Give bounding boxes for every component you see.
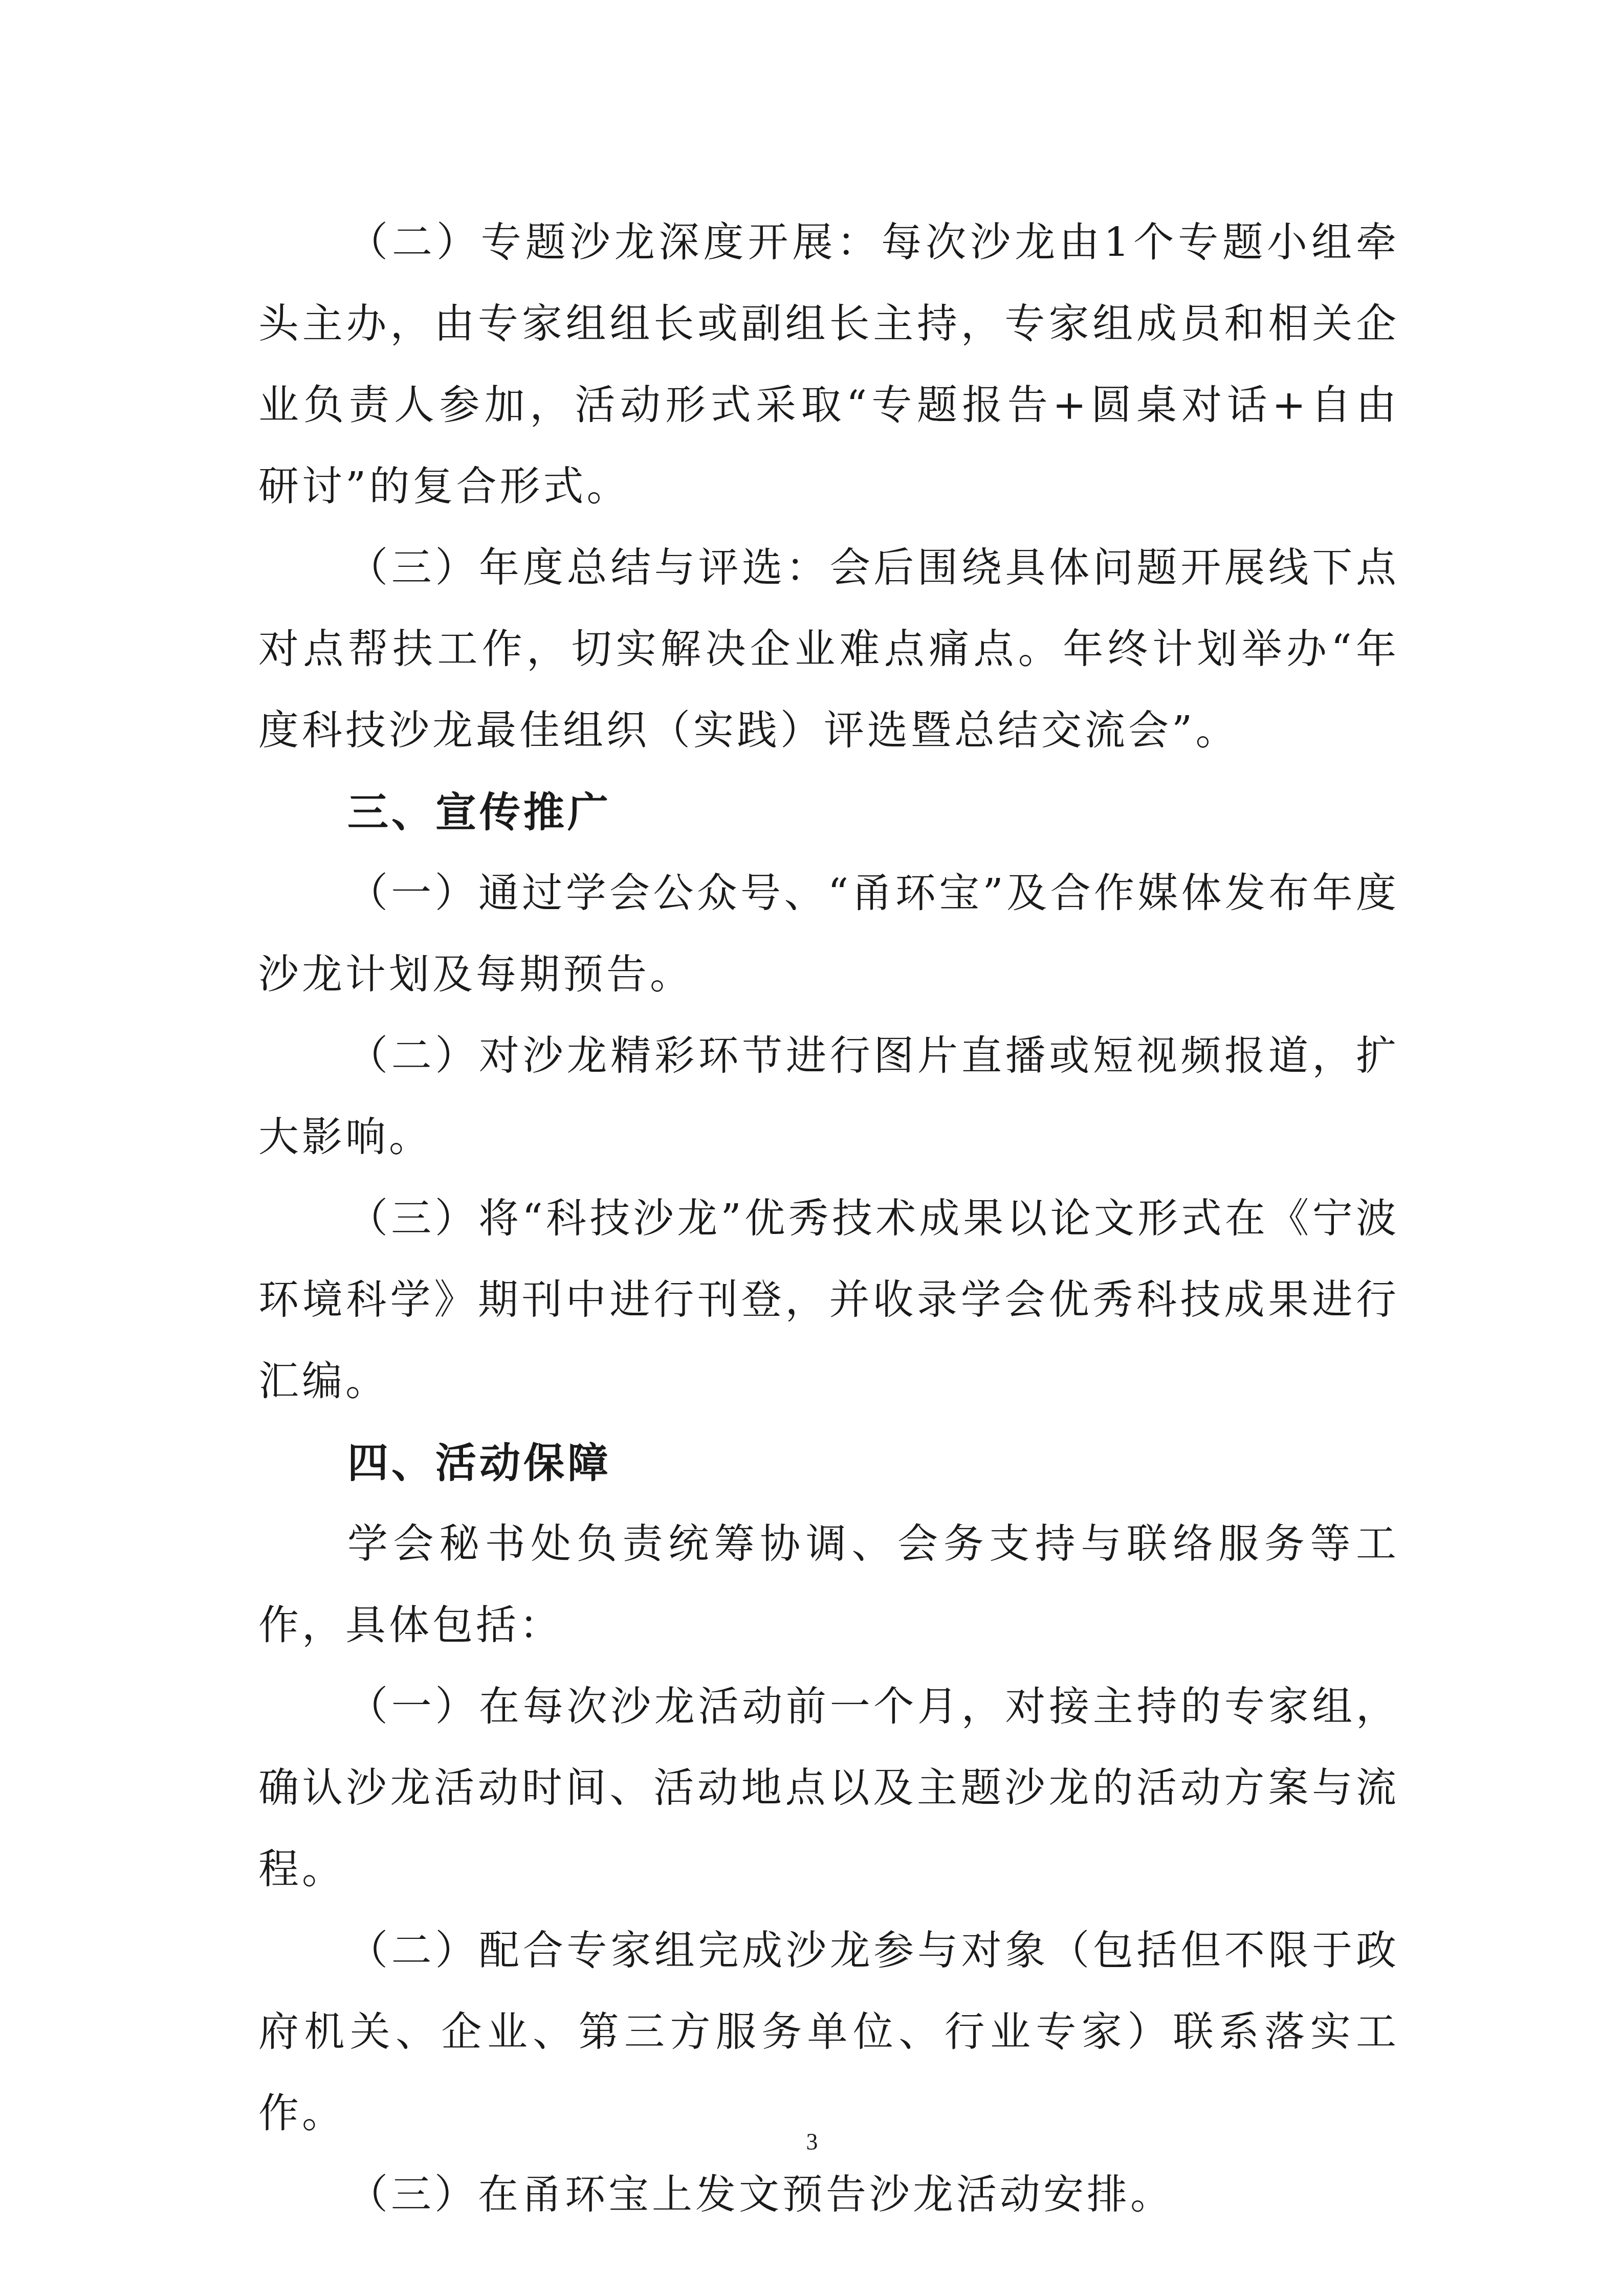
section-heading-promotion: 三、宣传推广 — [258, 771, 1399, 853]
paragraph-support-intro: 学会秘书处负责统筹协调、会务支持与联络服务等工作，具体包括： — [258, 1504, 1399, 1666]
paragraph-promotion-2: （二）对沙龙精彩环节进行图片直播或短视频报道，扩大影响。 — [258, 1015, 1399, 1178]
paragraph-salon-deep-development: （二）专题沙龙深度开展：每次沙龙由1个专题小组牵头主办，由专家组组长或副组长主持… — [258, 202, 1399, 527]
page-number: 3 — [0, 2128, 1624, 2155]
paragraph-support-2: （二）配合专家组完成沙龙参与对象（包括但不限于政府机关、企业、第三方服务单位、行… — [258, 1910, 1399, 2154]
paragraph-support-1: （一）在每次沙龙活动前一个月，对接主持的专家组，确认沙龙活动时间、活动地点以及主… — [258, 1666, 1399, 1910]
paragraph-support-3: （三）在甬环宝上发文预告沙龙活动安排。 — [258, 2154, 1399, 2236]
document-page: （二）专题沙龙深度开展：每次沙龙由1个专题小组牵头主办，由专家组组长或副组长主持… — [0, 0, 1624, 2296]
document-body: （二）专题沙龙深度开展：每次沙龙由1个专题小组牵头主办，由专家组组长或副组长主持… — [258, 202, 1399, 2236]
paragraph-annual-summary: （三）年度总结与评选：会后围绕具体问题开展线下点对点帮扶工作，切实解决企业难点痛… — [258, 527, 1399, 771]
paragraph-promotion-3: （三）将“科技沙龙”优秀技术成果以论文形式在《宁波环境科学》期刊中进行刊登，并收… — [258, 1178, 1399, 1422]
paragraph-promotion-1: （一）通过学会公众号、“甬环宝”及合作媒体发布年度沙龙计划及每期预告。 — [258, 853, 1399, 1015]
section-heading-support: 四、活动保障 — [258, 1422, 1399, 1504]
